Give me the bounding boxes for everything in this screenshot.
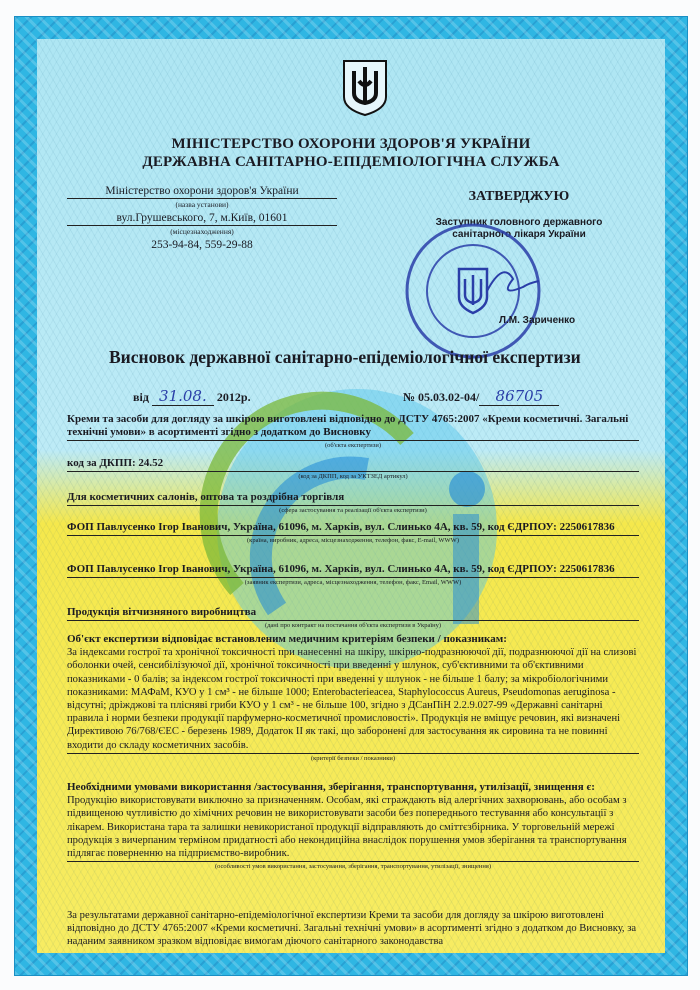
field-supply-contract: Продукція вітчизняного виробництва (дані… bbox=[67, 606, 639, 630]
field-applicant: ФОП Павлусенко Ігор Іванович, Україна, 6… bbox=[67, 563, 639, 587]
safety-text: За індексами гострої та хронічної токсич… bbox=[67, 646, 639, 754]
document-title: Висновок державної санітарно-епідеміолог… bbox=[109, 347, 581, 368]
field-value: код за ДКПП: 24.52 bbox=[67, 457, 639, 472]
field-value: Для косметичних салонів, оптова та роздр… bbox=[67, 491, 639, 506]
date-prefix: від bbox=[133, 390, 149, 404]
conditions-heading: Необхідними умовами використання /застос… bbox=[67, 781, 639, 794]
field-expertise-object: Креми та засоби для догляду за шкірою ви… bbox=[67, 413, 639, 450]
field-caption: (заявник експертизи, адреса, місцезнаход… bbox=[67, 578, 639, 587]
institution-phones: 253-94-84, 559-29-88 bbox=[67, 239, 337, 251]
result-text: За результатами державної санітарно-епід… bbox=[67, 909, 639, 949]
number-prefix: № 05.03.02-04/ bbox=[403, 390, 479, 404]
ministry-name: МІНІСТЕРСТВО ОХОРОНИ ЗДОРОВ'Я УКРАЇНИ bbox=[37, 135, 665, 153]
field-caption: (дані про контракт на постачання об'єкта… bbox=[67, 621, 639, 630]
service-name: ДЕРЖАВНА САНІТАРНО-ЕПІДЕМІОЛОГІЧНА СЛУЖБ… bbox=[37, 153, 665, 171]
conditions-caption: (особливості умов використання, застосув… bbox=[67, 862, 639, 871]
institution-name-caption: (назва установи) bbox=[67, 200, 337, 209]
field-caption: (сфера застосування та реалізації об'єкт… bbox=[67, 506, 639, 515]
coat-of-arms-icon bbox=[342, 59, 388, 117]
institution-address: вул.Грушевського, 7, м.Київ, 01601 bbox=[67, 212, 337, 226]
expertise-result-section: За результатами державної санітарно-епід… bbox=[67, 909, 639, 949]
field-product-code: код за ДКПП: 24.52 (код за ДКПП, код за … bbox=[67, 457, 639, 481]
field-manufacturer: ФОП Павлусенко Ігор Іванович, Україна, 6… bbox=[67, 521, 639, 545]
date-year: 2012р. bbox=[217, 390, 251, 404]
field-value: Креми та засоби для догляду за шкірою ви… bbox=[67, 413, 639, 441]
signer-name: Л.М. Зариченко bbox=[499, 315, 575, 326]
certificate-border: МІНІСТЕРСТВО ОХОРОНИ ЗДОРОВ'Я УКРАЇНИ ДЕ… bbox=[14, 16, 688, 976]
certificate-sheet: МІНІСТЕРСТВО ОХОРОНИ ЗДОРОВ'Я УКРАЇНИ ДЕ… bbox=[37, 39, 665, 953]
number-handwritten: 86705 bbox=[479, 387, 559, 406]
field-value: Продукція вітчизняного виробництва bbox=[67, 606, 639, 621]
field-caption: (об'єкта експертизи) bbox=[67, 441, 639, 450]
document-number: № 05.03.02-04/86705 bbox=[403, 387, 559, 406]
institution-block: Міністерство охорони здоров'я України (н… bbox=[67, 185, 337, 251]
field-caption: (код за ДКПП, код за УКТЗЕД артикул) bbox=[67, 472, 639, 481]
field-application-scope: Для косметичних салонів, оптова та роздр… bbox=[67, 491, 639, 515]
approval-label: ЗАТВЕРДЖУЮ bbox=[429, 189, 609, 205]
ministry-header: МІНІСТЕРСТВО ОХОРОНИ ЗДОРОВ'Я УКРАЇНИ ДЕ… bbox=[37, 135, 665, 171]
safety-caption: (критерії безпеки / показники) bbox=[67, 754, 639, 763]
field-value: ФОП Павлусенко Ігор Іванович, Україна, 6… bbox=[67, 563, 639, 578]
field-caption: (країна, виробник, адреса, місцезнаходже… bbox=[67, 536, 639, 545]
usage-conditions-section: Необхідними умовами використання /застос… bbox=[67, 781, 639, 871]
safety-heading: Об'єкт експертизи відповідає встановлени… bbox=[67, 633, 639, 646]
safety-criteria-section: Об'єкт експертизи відповідає встановлени… bbox=[67, 633, 639, 763]
field-value: ФОП Павлусенко Ігор Іванович, Україна, 6… bbox=[67, 521, 639, 536]
conditions-text: Продукцію використовувати виключно за пр… bbox=[67, 794, 639, 862]
institution-name: Міністерство охорони здоров'я України bbox=[67, 185, 337, 199]
date-handwritten: 31.08. bbox=[152, 387, 214, 406]
official-stamp-icon bbox=[403, 221, 543, 361]
institution-address-caption: (місцезнаходження) bbox=[67, 227, 337, 236]
document-date: від 31.08. 2012р. bbox=[133, 387, 251, 406]
